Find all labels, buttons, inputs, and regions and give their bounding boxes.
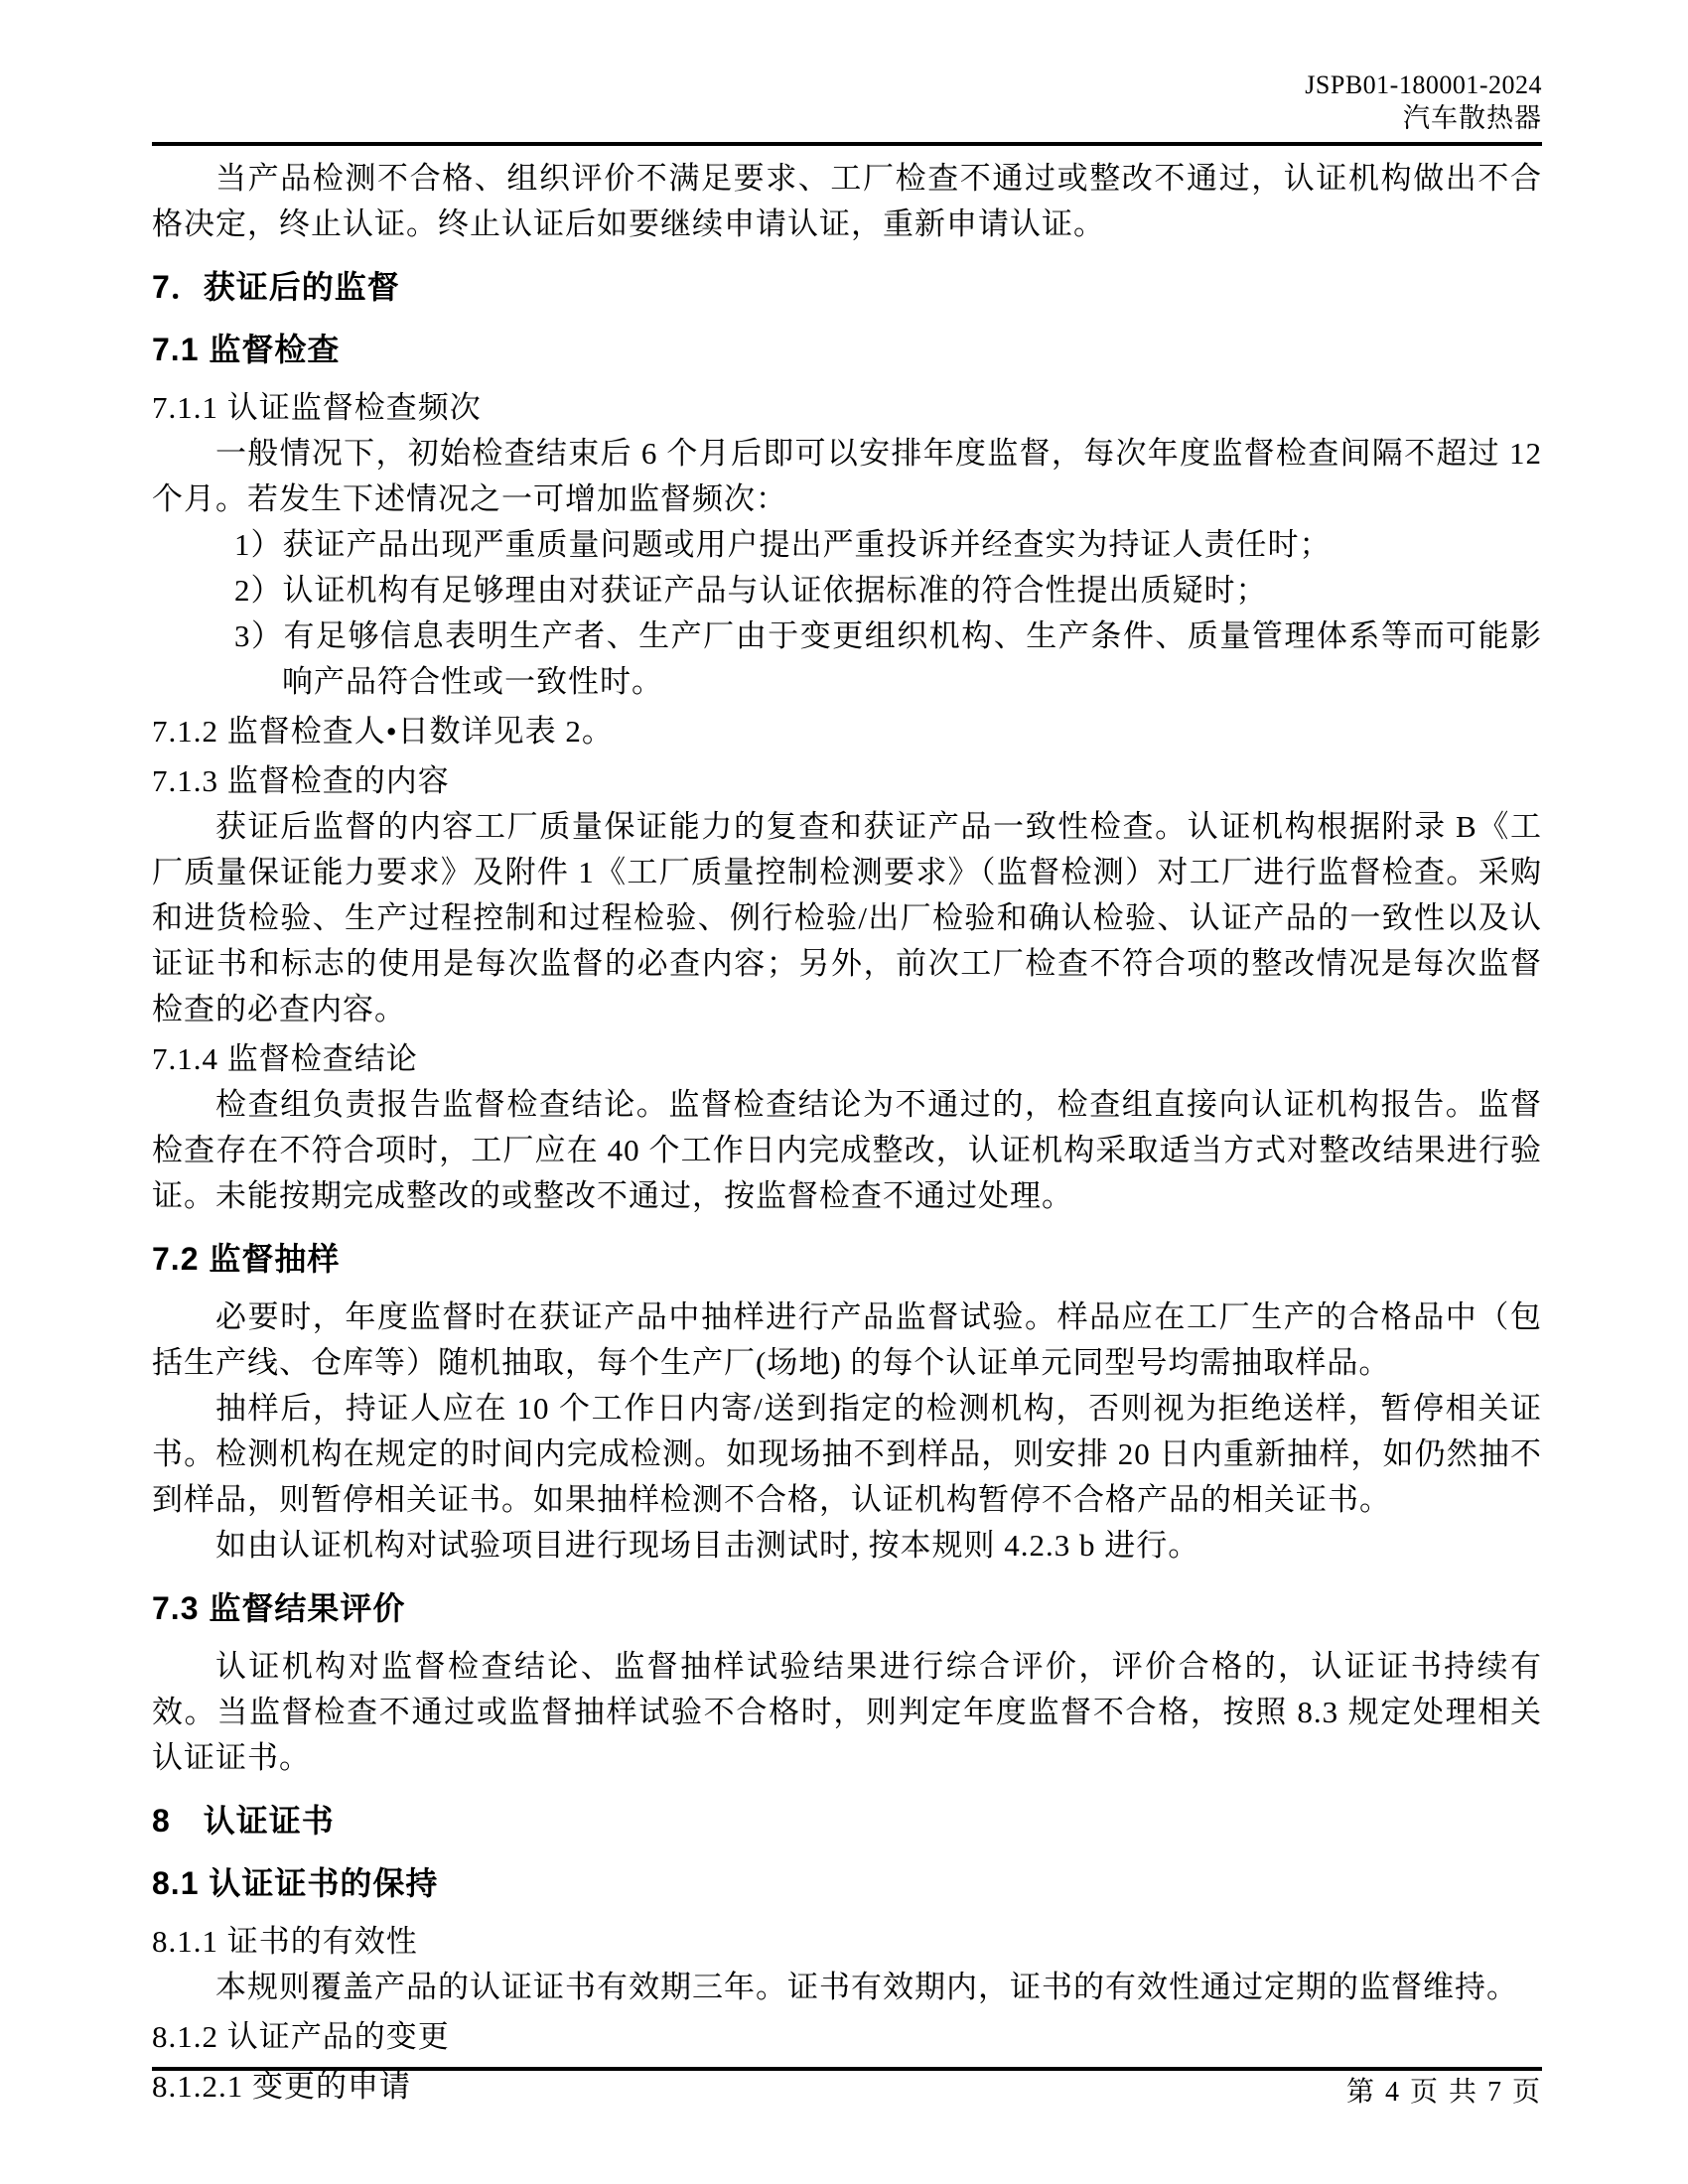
list-item: 1）获证产品出现严重质量问题或用户提出严重投诉并经查实为持证人责任时； [152,522,1542,568]
paragraph: 如由认证机构对试验项目进行现场目击测试时, 按本规则 4.2.3 b 进行。 [152,1523,1542,1569]
page-footer: 第 4 页 共 7 页 [152,2067,1542,2113]
paragraph: 获证后监督的内容工厂质量保证能力的复查和获证产品一致性检查。认证机构根据附录 B… [152,804,1542,1032]
document-body: 当产品检测不合格、组织评价不满足要求、工厂检查不通过或整改不通过，认证机构做出不… [152,146,1542,2110]
document-title: 汽车散热器 [152,101,1542,135]
clause-heading: 7.1.3 监督检查的内容 [152,758,1542,804]
clause-heading: 8.1.2 认证产品的变更 [152,2014,1542,2060]
document-code: JSPB01-180001-2024 [152,69,1542,101]
section-heading: 8 认证证书 [152,1798,1542,1843]
paragraph: 必要时，年度监督时在获证产品中抽样进行产品监督试验。样品应在工厂生产的合格品中（… [152,1295,1542,1386]
clause-heading: 7.1.2 监督检查人•日数详见表 2。 [152,709,1542,754]
page-header: JSPB01-180001-2024 汽车散热器 [152,0,1542,146]
paragraph: 本规则覆盖产品的认证证书有效期三年。证书有效期内，证书的有效性通过定期的监督维持… [152,1965,1542,2010]
clause-heading: 7.1.1 认证监督检查频次 [152,385,1542,431]
paragraph: 一般情况下，初始检查结束后 6 个月后即可以安排年度监督，每次年度监督检查间隔不… [152,431,1542,522]
document-page: JSPB01-180001-2024 汽车散热器 当产品检测不合格、组织评价不满… [0,0,1688,2184]
section-heading: 7．获证后的监督 [152,264,1542,310]
paragraph: 抽样后，持证人应在 10 个工作日内寄/送到指定的检测机构，否则视为拒绝送样，暂… [152,1386,1542,1523]
clause-heading: 7.1.4 监督检查结论 [152,1036,1542,1082]
list-item: 2）认证机构有足够理由对获证产品与认证依据标准的符合性提出质疑时； [152,568,1542,614]
page-number: 第 4 页 共 7 页 [152,2071,1542,2113]
section-heading: 7.2 监督抽样 [152,1236,1542,1282]
paragraph: 认证机构对监督检查结论、监督抽样试验结果进行综合评价，评价合格的，认证证书持续有… [152,1644,1542,1781]
section-heading: 8.1 认证证书的保持 [152,1860,1542,1906]
section-heading: 7.3 监督结果评价 [152,1585,1542,1631]
paragraph: 当产品检测不合格、组织评价不满足要求、工厂检查不通过或整改不通过，认证机构做出不… [152,156,1542,247]
paragraph: 检查组负责报告监督检查结论。监督检查结论为不通过的，检查组直接向认证机构报告。监… [152,1082,1542,1219]
section-heading: 7.1 监督检查 [152,327,1542,372]
list-item: 3）有足够信息表明生产者、生产厂由于变更组织机构、生产条件、质量管理体系等而可能… [152,614,1542,705]
clause-heading: 8.1.1 证书的有效性 [152,1919,1542,1965]
